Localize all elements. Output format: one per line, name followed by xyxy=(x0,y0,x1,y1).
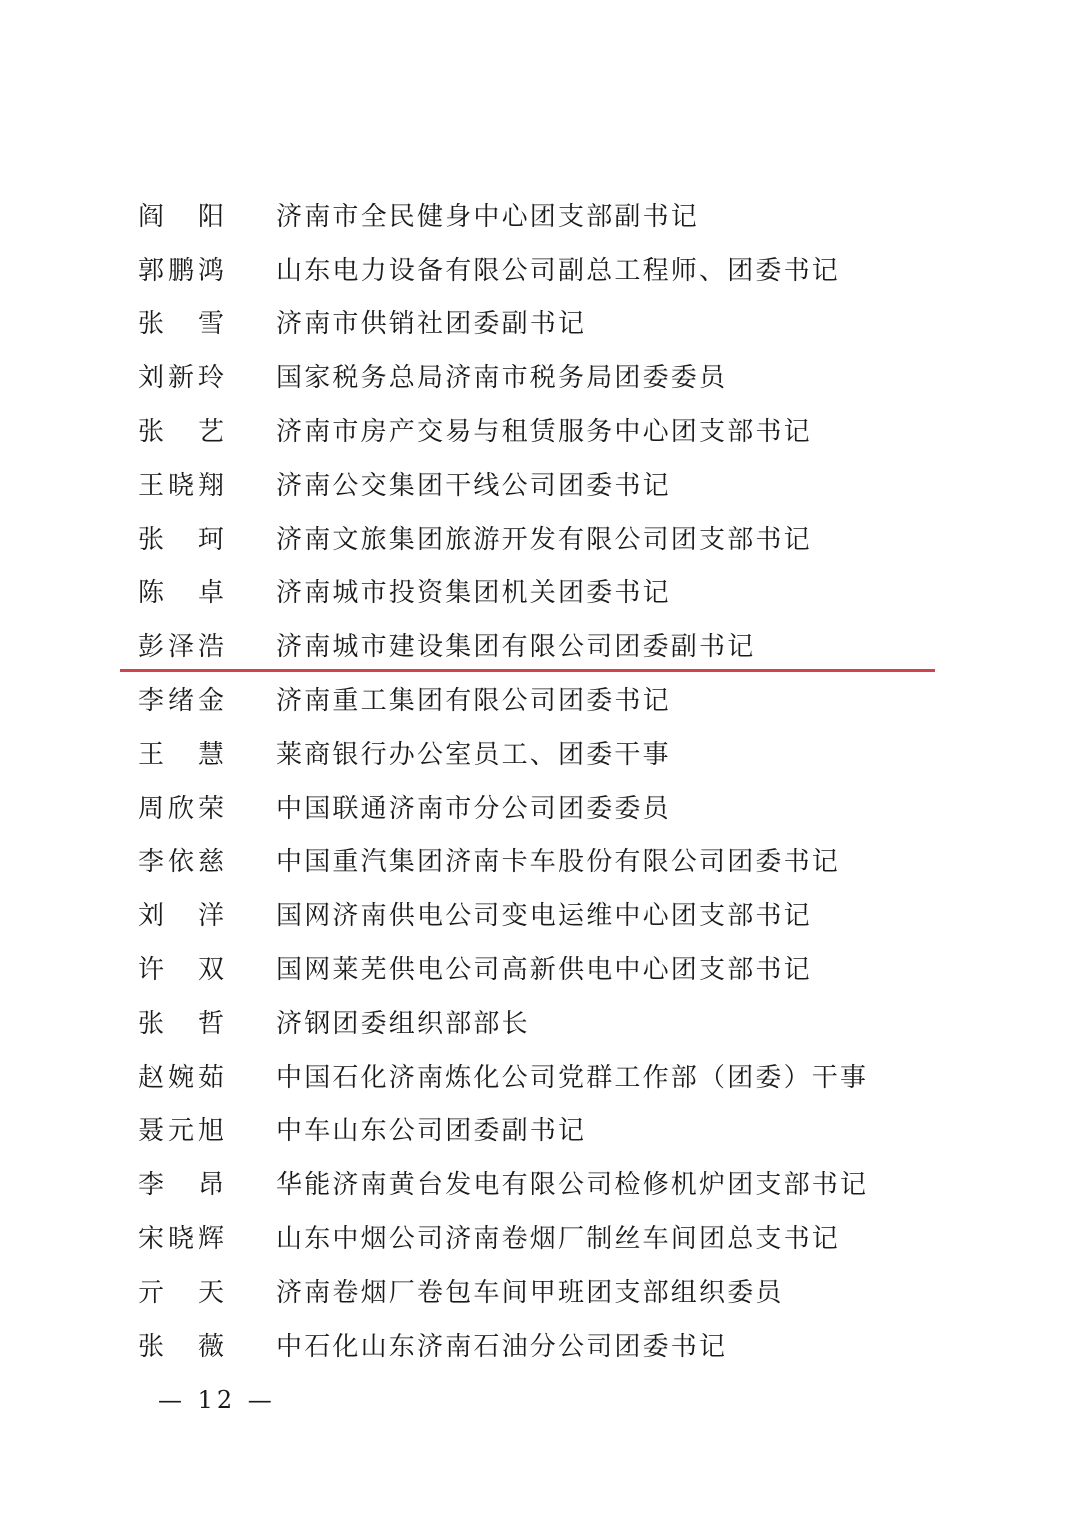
member-organization: 中国重汽集团济南卡车股份有限公司团委书记 xyxy=(276,849,840,875)
member-name-char: 哲 xyxy=(198,1011,224,1037)
member-name-char: 鹏 xyxy=(168,258,194,284)
list-item: 赵婉茹中国石化济南炼化公司党群工作部（团委）干事 xyxy=(138,1051,938,1105)
member-name-char: 彭 xyxy=(138,634,164,660)
member-name-char: 张 xyxy=(138,1011,164,1037)
member-organization: 中石化山东济南石油分公司团委书记 xyxy=(276,1334,727,1360)
member-name: 李依慈 xyxy=(138,849,224,875)
member-name-char: 泽 xyxy=(168,634,194,660)
member-name-char: 翔 xyxy=(198,473,224,499)
member-name-char: 亓 xyxy=(138,1280,164,1306)
list-item: 张薇中石化山东济南石油分公司团委书记 xyxy=(138,1320,938,1374)
member-name-char: 张 xyxy=(138,419,164,445)
member-organization: 济南公交集团干线公司团委书记 xyxy=(276,473,671,499)
member-name-char: 依 xyxy=(168,849,194,875)
member-name: 张薇 xyxy=(138,1334,224,1360)
list-item: 王慧莱商银行办公室员工、团委干事 xyxy=(138,728,938,782)
list-item: 周欣荣中国联通济南市分公司团委委员 xyxy=(138,782,938,836)
member-name-char: 天 xyxy=(198,1280,224,1306)
member-name-char: 玲 xyxy=(198,365,224,391)
member-name-char: 宋 xyxy=(138,1226,164,1252)
member-name-char: 晓 xyxy=(168,1226,194,1252)
member-organization: 济南市供销社团委副书记 xyxy=(276,311,586,337)
member-name-char: 刘 xyxy=(138,903,164,929)
member-organization: 济南文旅集团旅游开发有限公司团支部书记 xyxy=(276,527,812,553)
member-name-char: 雪 xyxy=(198,311,224,337)
member-name-char: 金 xyxy=(198,688,224,714)
list-item: 刘洋国网济南供电公司变电运维中心团支部书记 xyxy=(138,889,938,943)
member-name-char: 李 xyxy=(138,1172,164,1198)
member-name-char: 王 xyxy=(138,742,164,768)
member-organization: 国网莱芜供电公司高新供电中心团支部书记 xyxy=(276,957,812,983)
member-name: 王晓翔 xyxy=(138,473,224,499)
member-organization: 中车山东公司团委副书记 xyxy=(276,1118,586,1144)
member-name: 郭鹏鸿 xyxy=(138,258,224,284)
member-name-char: 晓 xyxy=(168,473,194,499)
member-name-char: 郭 xyxy=(138,258,164,284)
member-organization: 华能济南黄台发电有限公司检修机炉团支部书记 xyxy=(276,1172,868,1198)
member-name: 赵婉茹 xyxy=(138,1065,224,1091)
member-name: 李绪金 xyxy=(138,688,224,714)
member-name-char: 欣 xyxy=(168,796,194,822)
member-name: 彭泽浩 xyxy=(138,634,224,660)
list-item: 陈卓济南城市投资集团机关团委书记 xyxy=(138,567,938,621)
list-item: 李绪金济南重工集团有限公司团委书记 xyxy=(138,674,938,728)
member-name-char: 薇 xyxy=(198,1334,224,1360)
member-name-char: 周 xyxy=(138,796,164,822)
member-name: 宋晓辉 xyxy=(138,1226,224,1252)
member-organization: 济南卷烟厂卷包车间甲班团支部组织委员 xyxy=(276,1280,784,1306)
member-name-char: 许 xyxy=(138,957,164,983)
list-item: 张艺济南市房产交易与租赁服务中心团支部书记 xyxy=(138,405,938,459)
member-name: 亓天 xyxy=(138,1280,224,1306)
member-name-char: 洋 xyxy=(198,903,224,929)
list-item: 亓天济南卷烟厂卷包车间甲班团支部组织委员 xyxy=(138,1266,938,1320)
member-organization: 济南重工集团有限公司团委书记 xyxy=(276,688,671,714)
member-name-char: 旭 xyxy=(198,1118,224,1144)
member-name-char: 慈 xyxy=(198,849,224,875)
member-name-char: 阎 xyxy=(138,204,164,230)
member-organization: 济南城市投资集团机关团委书记 xyxy=(276,580,671,606)
member-name-char: 珂 xyxy=(198,527,224,553)
member-organization: 济南市全民健身中心团支部副书记 xyxy=(276,204,699,230)
list-item: 刘新玲国家税务总局济南市税务局团委委员 xyxy=(138,351,938,405)
member-name-char: 茹 xyxy=(198,1065,224,1091)
member-name-char: 昂 xyxy=(198,1172,224,1198)
member-organization: 中国联通济南市分公司团委委员 xyxy=(276,796,671,822)
member-name-char: 鸿 xyxy=(198,258,224,284)
member-name-char: 陈 xyxy=(138,580,164,606)
member-name-char: 赵 xyxy=(138,1065,164,1091)
list-item: 宋晓辉山东中烟公司济南卷烟厂制丝车间团总支书记 xyxy=(138,1212,938,1266)
member-name-char: 慧 xyxy=(198,742,224,768)
member-name: 刘新玲 xyxy=(138,365,224,391)
list-item: 王晓翔济南公交集团干线公司团委书记 xyxy=(138,459,938,513)
member-name: 阎阳 xyxy=(138,204,224,230)
member-name-char: 李 xyxy=(138,849,164,875)
list-item: 张哲济钢团委组织部部长 xyxy=(138,997,938,1051)
member-organization: 莱商银行办公室员工、团委干事 xyxy=(276,742,671,768)
list-item: 郭鹏鸿山东电力设备有限公司副总工程师、团委书记 xyxy=(138,244,938,298)
list-item: 阎阳济南市全民健身中心团支部副书记 xyxy=(138,190,938,244)
member-name-char: 聂 xyxy=(138,1118,164,1144)
member-name-char: 婉 xyxy=(168,1065,194,1091)
red-divider-line xyxy=(120,669,935,672)
member-organization: 中国石化济南炼化公司党群工作部（团委）干事 xyxy=(276,1065,868,1091)
member-name: 许双 xyxy=(138,957,224,983)
member-name: 张雪 xyxy=(138,311,224,337)
page-number: — 12 — xyxy=(158,1386,276,1414)
list-item: 李依慈中国重汽集团济南卡车股份有限公司团委书记 xyxy=(138,836,938,890)
member-name-char: 新 xyxy=(168,365,194,391)
member-name-char: 阳 xyxy=(198,204,224,230)
member-name: 刘洋 xyxy=(138,903,224,929)
member-name-char: 双 xyxy=(198,957,224,983)
list-item: 彭泽浩济南城市建设集团有限公司团委副书记 xyxy=(138,620,938,674)
document-page: 阎阳济南市全民健身中心团支部副书记郭鹏鸿山东电力设备有限公司副总工程师、团委书记… xyxy=(0,0,1080,1528)
member-name: 张珂 xyxy=(138,527,224,553)
member-list: 阎阳济南市全民健身中心团支部副书记郭鹏鸿山东电力设备有限公司副总工程师、团委书记… xyxy=(138,190,938,1374)
member-name: 李昂 xyxy=(138,1172,224,1198)
member-name-char: 李 xyxy=(138,688,164,714)
member-name: 张艺 xyxy=(138,419,224,445)
member-name-char: 张 xyxy=(138,1334,164,1360)
member-name-char: 艺 xyxy=(198,419,224,445)
list-item: 张雪济南市供销社团委副书记 xyxy=(138,298,938,352)
member-organization: 国家税务总局济南市税务局团委委员 xyxy=(276,365,727,391)
member-name-char: 荣 xyxy=(198,796,224,822)
member-name: 周欣荣 xyxy=(138,796,224,822)
member-name: 张哲 xyxy=(138,1011,224,1037)
member-organization: 济南市房产交易与租赁服务中心团支部书记 xyxy=(276,419,812,445)
member-organization: 济南城市建设集团有限公司团委副书记 xyxy=(276,634,755,660)
member-organization: 济钢团委组织部部长 xyxy=(276,1011,530,1037)
member-organization: 山东中烟公司济南卷烟厂制丝车间团总支书记 xyxy=(276,1226,840,1252)
list-item: 李昂华能济南黄台发电有限公司检修机炉团支部书记 xyxy=(138,1158,938,1212)
member-name-char: 辉 xyxy=(198,1226,224,1252)
member-name: 陈卓 xyxy=(138,580,224,606)
member-name-char: 王 xyxy=(138,473,164,499)
list-item: 聂元旭中车山东公司团委副书记 xyxy=(138,1105,938,1159)
member-name-char: 张 xyxy=(138,527,164,553)
member-name-char: 刘 xyxy=(138,365,164,391)
member-name-char: 绪 xyxy=(168,688,194,714)
member-organization: 山东电力设备有限公司副总工程师、团委书记 xyxy=(276,258,840,284)
member-name: 王慧 xyxy=(138,742,224,768)
member-name: 聂元旭 xyxy=(138,1118,224,1144)
member-organization: 国网济南供电公司变电运维中心团支部书记 xyxy=(276,903,812,929)
member-name-char: 张 xyxy=(138,311,164,337)
member-name-char: 卓 xyxy=(198,580,224,606)
list-item: 许双国网莱芜供电公司高新供电中心团支部书记 xyxy=(138,943,938,997)
list-item: 张珂济南文旅集团旅游开发有限公司团支部书记 xyxy=(138,513,938,567)
member-name-char: 元 xyxy=(168,1118,194,1144)
member-name-char: 浩 xyxy=(198,634,224,660)
